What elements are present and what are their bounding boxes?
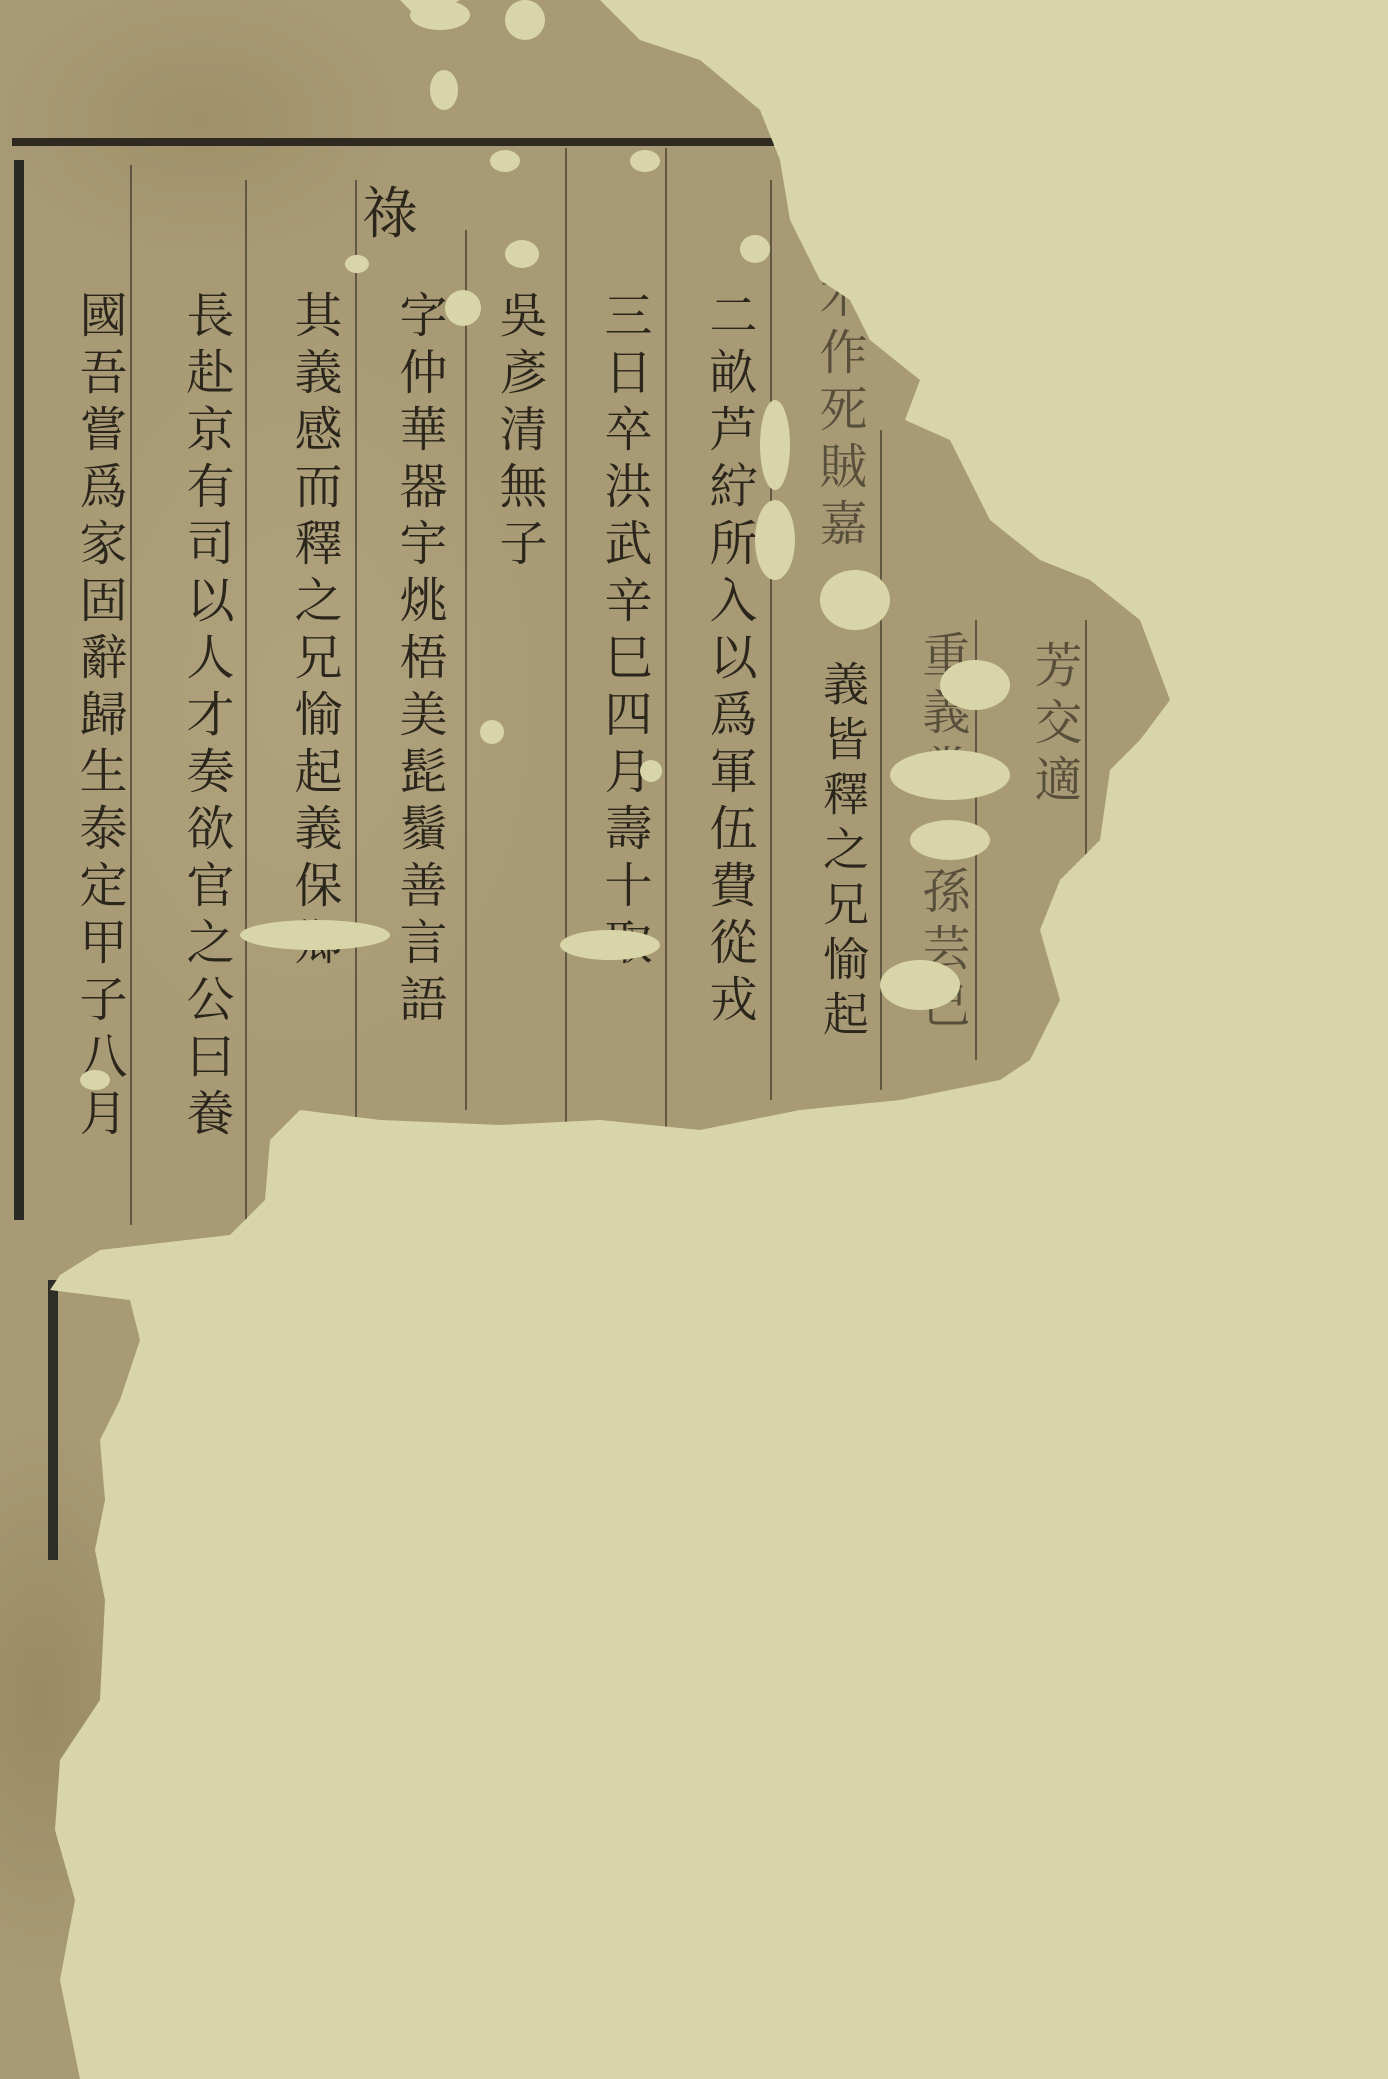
paper-hole (740, 235, 770, 263)
paper-hole (410, 0, 470, 30)
paper-hole (890, 750, 1010, 800)
paper-hole (240, 920, 390, 950)
text-column: 二畝芦紵所入以爲軍伍費從戎 (705, 290, 753, 1031)
paper-hole (820, 570, 890, 630)
paper-hole (505, 0, 545, 40)
column-rule (1085, 620, 1087, 960)
paper-hole (430, 70, 458, 110)
paper-hole (760, 400, 790, 490)
page-frame-left-border (14, 160, 24, 1220)
paper-hole (80, 1070, 110, 1090)
column-rule (130, 165, 132, 1225)
page-frame-top-border (12, 138, 774, 146)
text-column: 字仲華器宇烑梧美髭鬚善言語 (395, 290, 443, 1031)
paper-hole (490, 150, 520, 172)
text-column: 長赴京有司以人才奏欲官之公曰養 (182, 290, 230, 1145)
paper-hole (910, 820, 990, 860)
column-rule (565, 148, 567, 1128)
text-column: 國吾嘗爲家固辭歸生泰定甲子八月 (75, 290, 123, 1145)
paper-hole (755, 500, 795, 580)
column-rule (665, 148, 667, 1128)
paper-hole (640, 760, 662, 782)
paper-hole (480, 720, 504, 744)
column-rule (770, 180, 772, 1100)
paper-hole (880, 960, 960, 1010)
paper-hole (445, 290, 481, 326)
paper-hole (560, 930, 660, 960)
text-column: 木作死賊嘉 (815, 270, 863, 555)
column-rule (465, 230, 467, 1110)
paper-hole (345, 255, 369, 273)
paper-hole (505, 240, 539, 268)
heading-character: 祿 (362, 170, 418, 250)
aged-paper-fragment: 祿 芳交適 重義嘗 孫芸己 木作死賊嘉 義皆釋之兄愉起 二畝芦紵所入以爲軍伍費從… (0, 0, 1388, 2079)
text-column: 義皆釋之兄愉起 (820, 660, 866, 1045)
column-rule (245, 180, 247, 1225)
text-column: 三日卒洪武辛巳四月壽十取 (600, 290, 648, 974)
paper-hole (630, 150, 660, 172)
text-column: 其義感而釋之兄愉起義保鄉 (290, 290, 338, 974)
text-column: 芳交適 (1030, 640, 1078, 811)
text-column: 吳彥清無子 (495, 290, 543, 575)
paper-hole (940, 660, 1010, 710)
column-rule (355, 180, 357, 1130)
adjacent-page-border (48, 1280, 58, 1560)
